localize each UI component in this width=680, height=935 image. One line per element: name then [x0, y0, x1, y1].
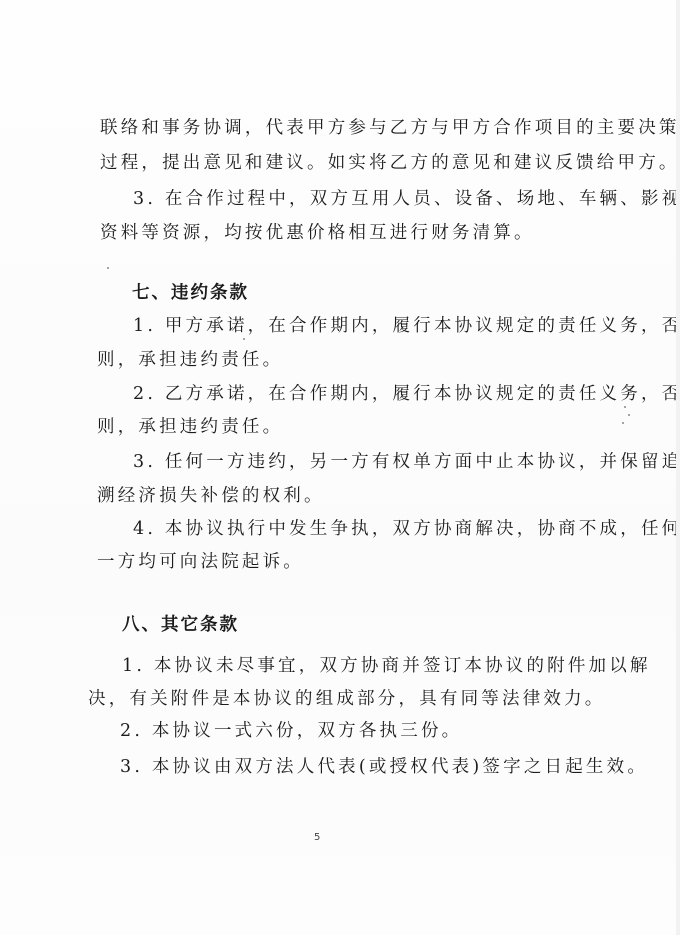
scan-speck: [624, 406, 626, 408]
clause-item-3-line-2: 资料等资源，均按优惠价格相互进行财务清算。: [100, 222, 535, 244]
scan-speck: [241, 321, 243, 323]
breach-item-3-line-2: 溯经济损失补偿的权利。: [97, 485, 325, 507]
other-item-3: 3. 本协议由双方法人代表(或授权代表)签字之日起生效。: [120, 756, 648, 778]
scan-speck: [628, 414, 630, 416]
scan-edge: [676, 0, 680, 935]
clause-item-3-line-1: 3. 在合作过程中，双方互用人员、设备、场地、车辆、影视: [133, 188, 680, 210]
scan-speck: [630, 391, 632, 393]
other-item-1-line-2: 决，有关附件是本协议的组成部分，具有同等法律效力。: [88, 688, 606, 710]
breach-item-2-line-2: 则，承担违约责任。: [97, 416, 283, 438]
section-heading-breach: 七、违约条款: [132, 282, 249, 304]
breach-item-3-line-1: 3. 任何一方违约，另一方有权单方面中止本协议，并保留追: [133, 451, 680, 473]
other-item-1-line-1: 1. 本协议未尽事宜，双方协商并签订本协议的附件加以解: [122, 655, 651, 677]
breach-item-4-line-1: 4. 本协议执行中发生争执，双方协商解决，协商不成，任何: [133, 518, 680, 540]
scan-speck: [626, 385, 628, 387]
scan-speck: [243, 338, 245, 340]
other-item-2: 2. 本协议一式六份，双方各执三份。: [120, 720, 462, 742]
scan-speck: [622, 422, 624, 424]
continuation-line-1: 联络和事务协调，代表甲方参与乙方与甲方合作项目的主要决策: [100, 117, 680, 139]
section-heading-other: 八、其它条款: [122, 614, 239, 636]
continuation-line-2: 过程，提出意见和建议。如实将乙方的意见和建议反馈给甲方。: [100, 152, 680, 174]
page-number: 5: [314, 832, 320, 843]
breach-item-1-line-1: 1. 甲方承诺，在合作期内，履行本协议规定的责任义务，否: [133, 315, 680, 337]
breach-item-1-line-2: 则，承担违约责任。: [97, 349, 283, 371]
breach-item-4-line-2: 一方均可向法院起诉。: [97, 551, 304, 573]
breach-item-2-line-1: 2. 乙方承诺，在合作期内，履行本协议规定的责任义务，否: [133, 383, 680, 405]
document-page: 联络和事务协调，代表甲方参与乙方与甲方合作项目的主要决策 过程，提出意见和建议。…: [0, 0, 680, 935]
scan-speck: [107, 267, 109, 269]
